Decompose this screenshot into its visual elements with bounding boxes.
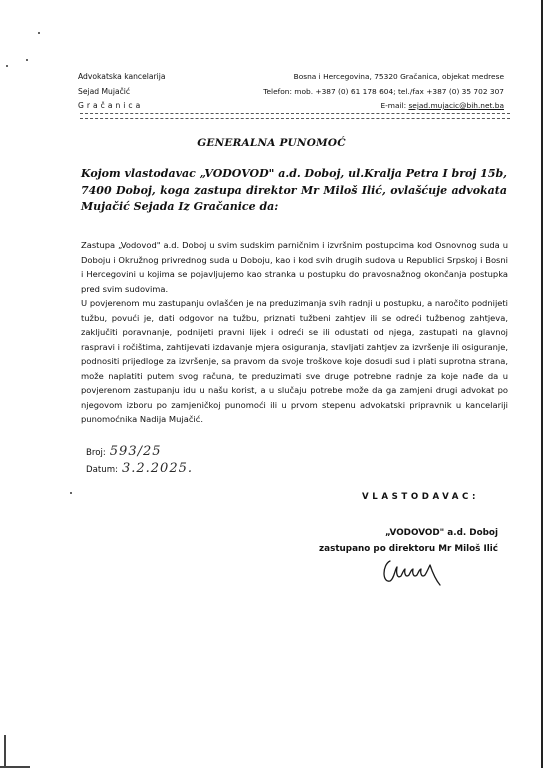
signatory-representative: zastupano po direktoru Mr Miloš Ilić: [319, 544, 498, 554]
firm-email-line: E-mail: sejad.mujacic@bih.net.ba: [263, 99, 504, 114]
letterhead-divider: [80, 113, 510, 119]
scan-speck: [38, 32, 40, 34]
lawyer-name: Sejad Mujačić: [78, 85, 166, 100]
body-paragraph-2: U povjerenom mu zastupanju ovlašćen je n…: [81, 296, 508, 427]
letterhead-right: Bosna i Hercegovina, 75320 Gračanica, ob…: [263, 70, 504, 114]
firm-address: Bosna i Hercegovina, 75320 Gračanica, ob…: [263, 70, 504, 85]
scan-edge-left: [4, 735, 6, 768]
reference-number-value: 593/25: [110, 444, 162, 459]
scan-speck: [6, 65, 8, 67]
email-label: E-mail:: [380, 101, 408, 110]
date-value: 3.2.2025.: [122, 461, 193, 476]
document-title: GENERALNA PUNOMOĆ: [0, 137, 543, 149]
body-paragraph-1: Zastupa „Vodovod" a.d. Doboj u svim suds…: [81, 238, 508, 296]
scan-speck: [26, 59, 28, 61]
firm-name: Advokatska kancelarija: [78, 70, 166, 85]
reference-number-label: Broj:: [86, 448, 106, 458]
intro-paragraph: Kojom vlastodavac „VODOVOD" a.d. Doboj, …: [81, 166, 507, 216]
signatory-company: „VODOVOD" a.d. Doboj: [385, 528, 498, 538]
signatory-role: VLASTODAVAC:: [362, 492, 479, 502]
letterhead-left: Advokatska kancelarija Sejad Mujačić Gra…: [78, 70, 166, 114]
handwritten-signature-icon: [380, 557, 450, 587]
document-date: Datum:3.2.2025.: [86, 461, 193, 476]
reference-number: Broj:593/25: [86, 444, 162, 459]
date-label: Datum:: [86, 465, 118, 475]
firm-city: Gračanica: [78, 99, 166, 114]
email-link[interactable]: sejad.mujacic@bih.net.ba: [408, 101, 504, 110]
scan-speck: [70, 492, 72, 494]
firm-phone: Telefon: mob. +387 (0) 61 178 604; tel./…: [263, 85, 504, 100]
